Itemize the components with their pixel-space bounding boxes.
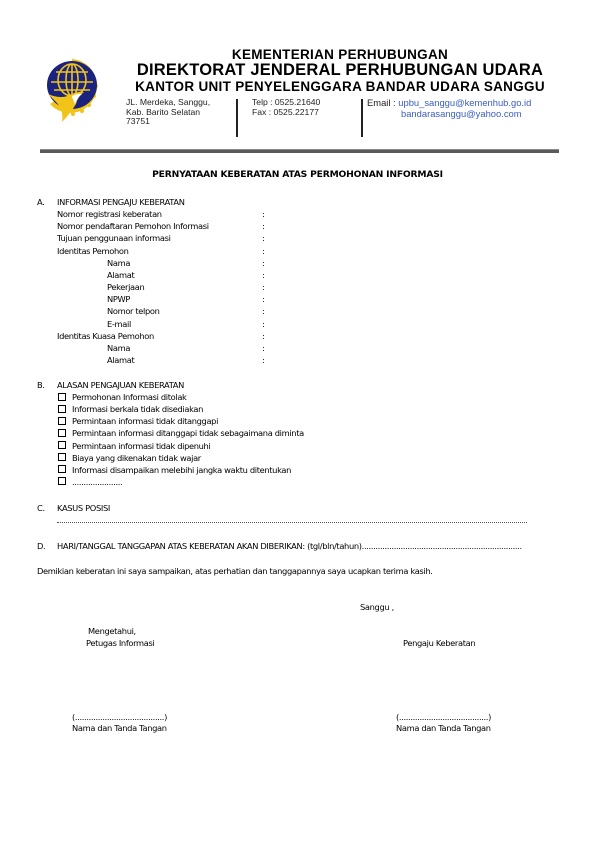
field-label: Alamat [107, 355, 134, 367]
reason-label: Permintaan informasi ditanggapi tidak se… [72, 428, 304, 438]
section-b-letter: B. [37, 380, 45, 392]
reason-option[interactable]: Permintaan informasi tidak ditanggapi [58, 416, 218, 428]
ministry-name: KEMENTERIAN PERHUBUNGAN [0, 47, 595, 62]
checkbox-icon[interactable] [58, 429, 66, 437]
office-email: Email : upbu_sanggu@kemenhub.go.id banda… [367, 98, 531, 119]
field-label: Identitas Pemohon [57, 246, 129, 258]
field-label: Nama [107, 343, 130, 355]
reason-option[interactable]: Permintaan informasi tidak dipenuhi [58, 441, 210, 453]
header-divider [361, 99, 363, 137]
field-separator: : [262, 270, 264, 282]
section-c-letter: C. [37, 503, 45, 515]
field-label: Tujuan penggunaan informasi [57, 233, 171, 245]
checkbox-icon[interactable] [58, 441, 66, 449]
kasus-posisi-field[interactable] [57, 521, 527, 523]
reason-option[interactable]: Informasi disampaikan melebihi jangka wa… [58, 465, 291, 477]
section-b-heading: ALASAN PENGAJUAN KEBERATAN [57, 380, 184, 392]
reason-option[interactable]: ...................... [58, 477, 122, 489]
checkbox-icon[interactable] [58, 465, 66, 473]
address-line: 73751 [126, 117, 210, 127]
email-label: Email : [367, 97, 398, 108]
checkbox-icon[interactable] [58, 405, 66, 413]
document-title: PERNYATAAN KEBERATAN ATAS PERMOHONAN INF… [0, 169, 595, 181]
field-separator: : [262, 233, 264, 245]
field-label: Nomor registrasi keberatan [57, 209, 162, 221]
field-separator: : [262, 282, 264, 294]
section-a-letter: A. [37, 197, 44, 209]
closing-statement: Demikian keberatan ini saya sampaikan, a… [37, 566, 433, 578]
reason-label: Informasi disampaikan melebihi jangka wa… [72, 465, 291, 475]
field-separator: : [262, 258, 264, 270]
field-separator: : [262, 209, 264, 221]
field-separator: : [262, 319, 264, 331]
section-c-heading: KASUS POSISI [57, 503, 110, 515]
office-address: JL. Merdeka, Sanggu, Kab. Barito Selatan… [126, 98, 210, 127]
field-label: Nomor pendaftaran Pemohon Informasi [57, 221, 209, 233]
reason-label: Permintaan informasi tidak dipenuhi [72, 441, 210, 451]
checkbox-icon[interactable] [58, 453, 66, 461]
field-label: Nama [107, 258, 130, 270]
field-label: E-mail [107, 319, 131, 331]
checkbox-icon[interactable] [58, 417, 66, 425]
email-link[interactable]: bandarasanggu@yahoo.com [401, 108, 522, 119]
sig-left-role: Petugas Informasi [86, 638, 154, 650]
field-separator: : [262, 294, 264, 306]
reason-label: Biaya yang dikenakan tidak wajar [72, 453, 201, 463]
fax-number: Fax : 0525.22177 [252, 108, 320, 118]
reason-option[interactable]: Informasi berkala tidak disediakan [58, 404, 203, 416]
field-label: Identitas Kuasa Pemohon [57, 331, 154, 343]
directorate-name: DIREKTORAT JENDERAL PERHUBUNGAN UDARA [0, 61, 595, 80]
field-separator: : [262, 331, 264, 343]
reason-option[interactable]: Permintaan informasi ditanggapi tidak se… [58, 428, 304, 440]
sig-left-line1: Mengetahui, [88, 626, 136, 638]
reason-label: Permintaan informasi tidak ditanggapi [72, 416, 218, 426]
field-label: NPWP [107, 294, 130, 306]
section-a-heading: INFORMASI PENGAJU KEBERATAN [57, 197, 185, 209]
field-separator: : [262, 306, 264, 318]
field-label: Pekerjaan [107, 282, 144, 294]
sig-left-caption: Nama dan Tanda Tangan [72, 723, 167, 735]
checkbox-icon[interactable] [58, 477, 66, 485]
office-name: KANTOR UNIT PENYELENGGARA BANDAR UDARA S… [0, 79, 595, 94]
reason-label: Permohonan Informasi ditolak [72, 392, 187, 402]
checkbox-icon[interactable] [58, 393, 66, 401]
field-separator: : [262, 343, 264, 355]
place-date: Sanggu , [360, 602, 394, 614]
field-label: Nomor telpon [107, 306, 160, 318]
field-label: Alamat [107, 270, 134, 282]
header-divider [236, 99, 238, 137]
letterhead-rule [40, 149, 559, 153]
field-separator: : [262, 221, 264, 233]
email-link[interactable]: upbu_sanggu@kemenhub.go.id [398, 97, 531, 108]
field-separator: : [262, 246, 264, 258]
reason-label: Informasi berkala tidak disediakan [72, 404, 203, 414]
section-d-letter: D. [37, 541, 45, 553]
field-separator: : [262, 355, 264, 367]
reason-option[interactable]: Permohonan Informasi ditolak [58, 392, 187, 404]
sig-right-caption: Nama dan Tanda Tangan [396, 723, 491, 735]
sig-right-role: Pengaju Keberatan [403, 638, 475, 650]
reason-option[interactable]: Biaya yang dikenakan tidak wajar [58, 453, 201, 465]
section-d-heading: HARI/TANGGAL TANGGAPAN ATAS KEBERATAN AK… [57, 541, 522, 553]
office-phone: Telp : 0525.21640 Fax : 0525.22177 [252, 98, 320, 117]
reason-label: ...................... [72, 477, 122, 487]
